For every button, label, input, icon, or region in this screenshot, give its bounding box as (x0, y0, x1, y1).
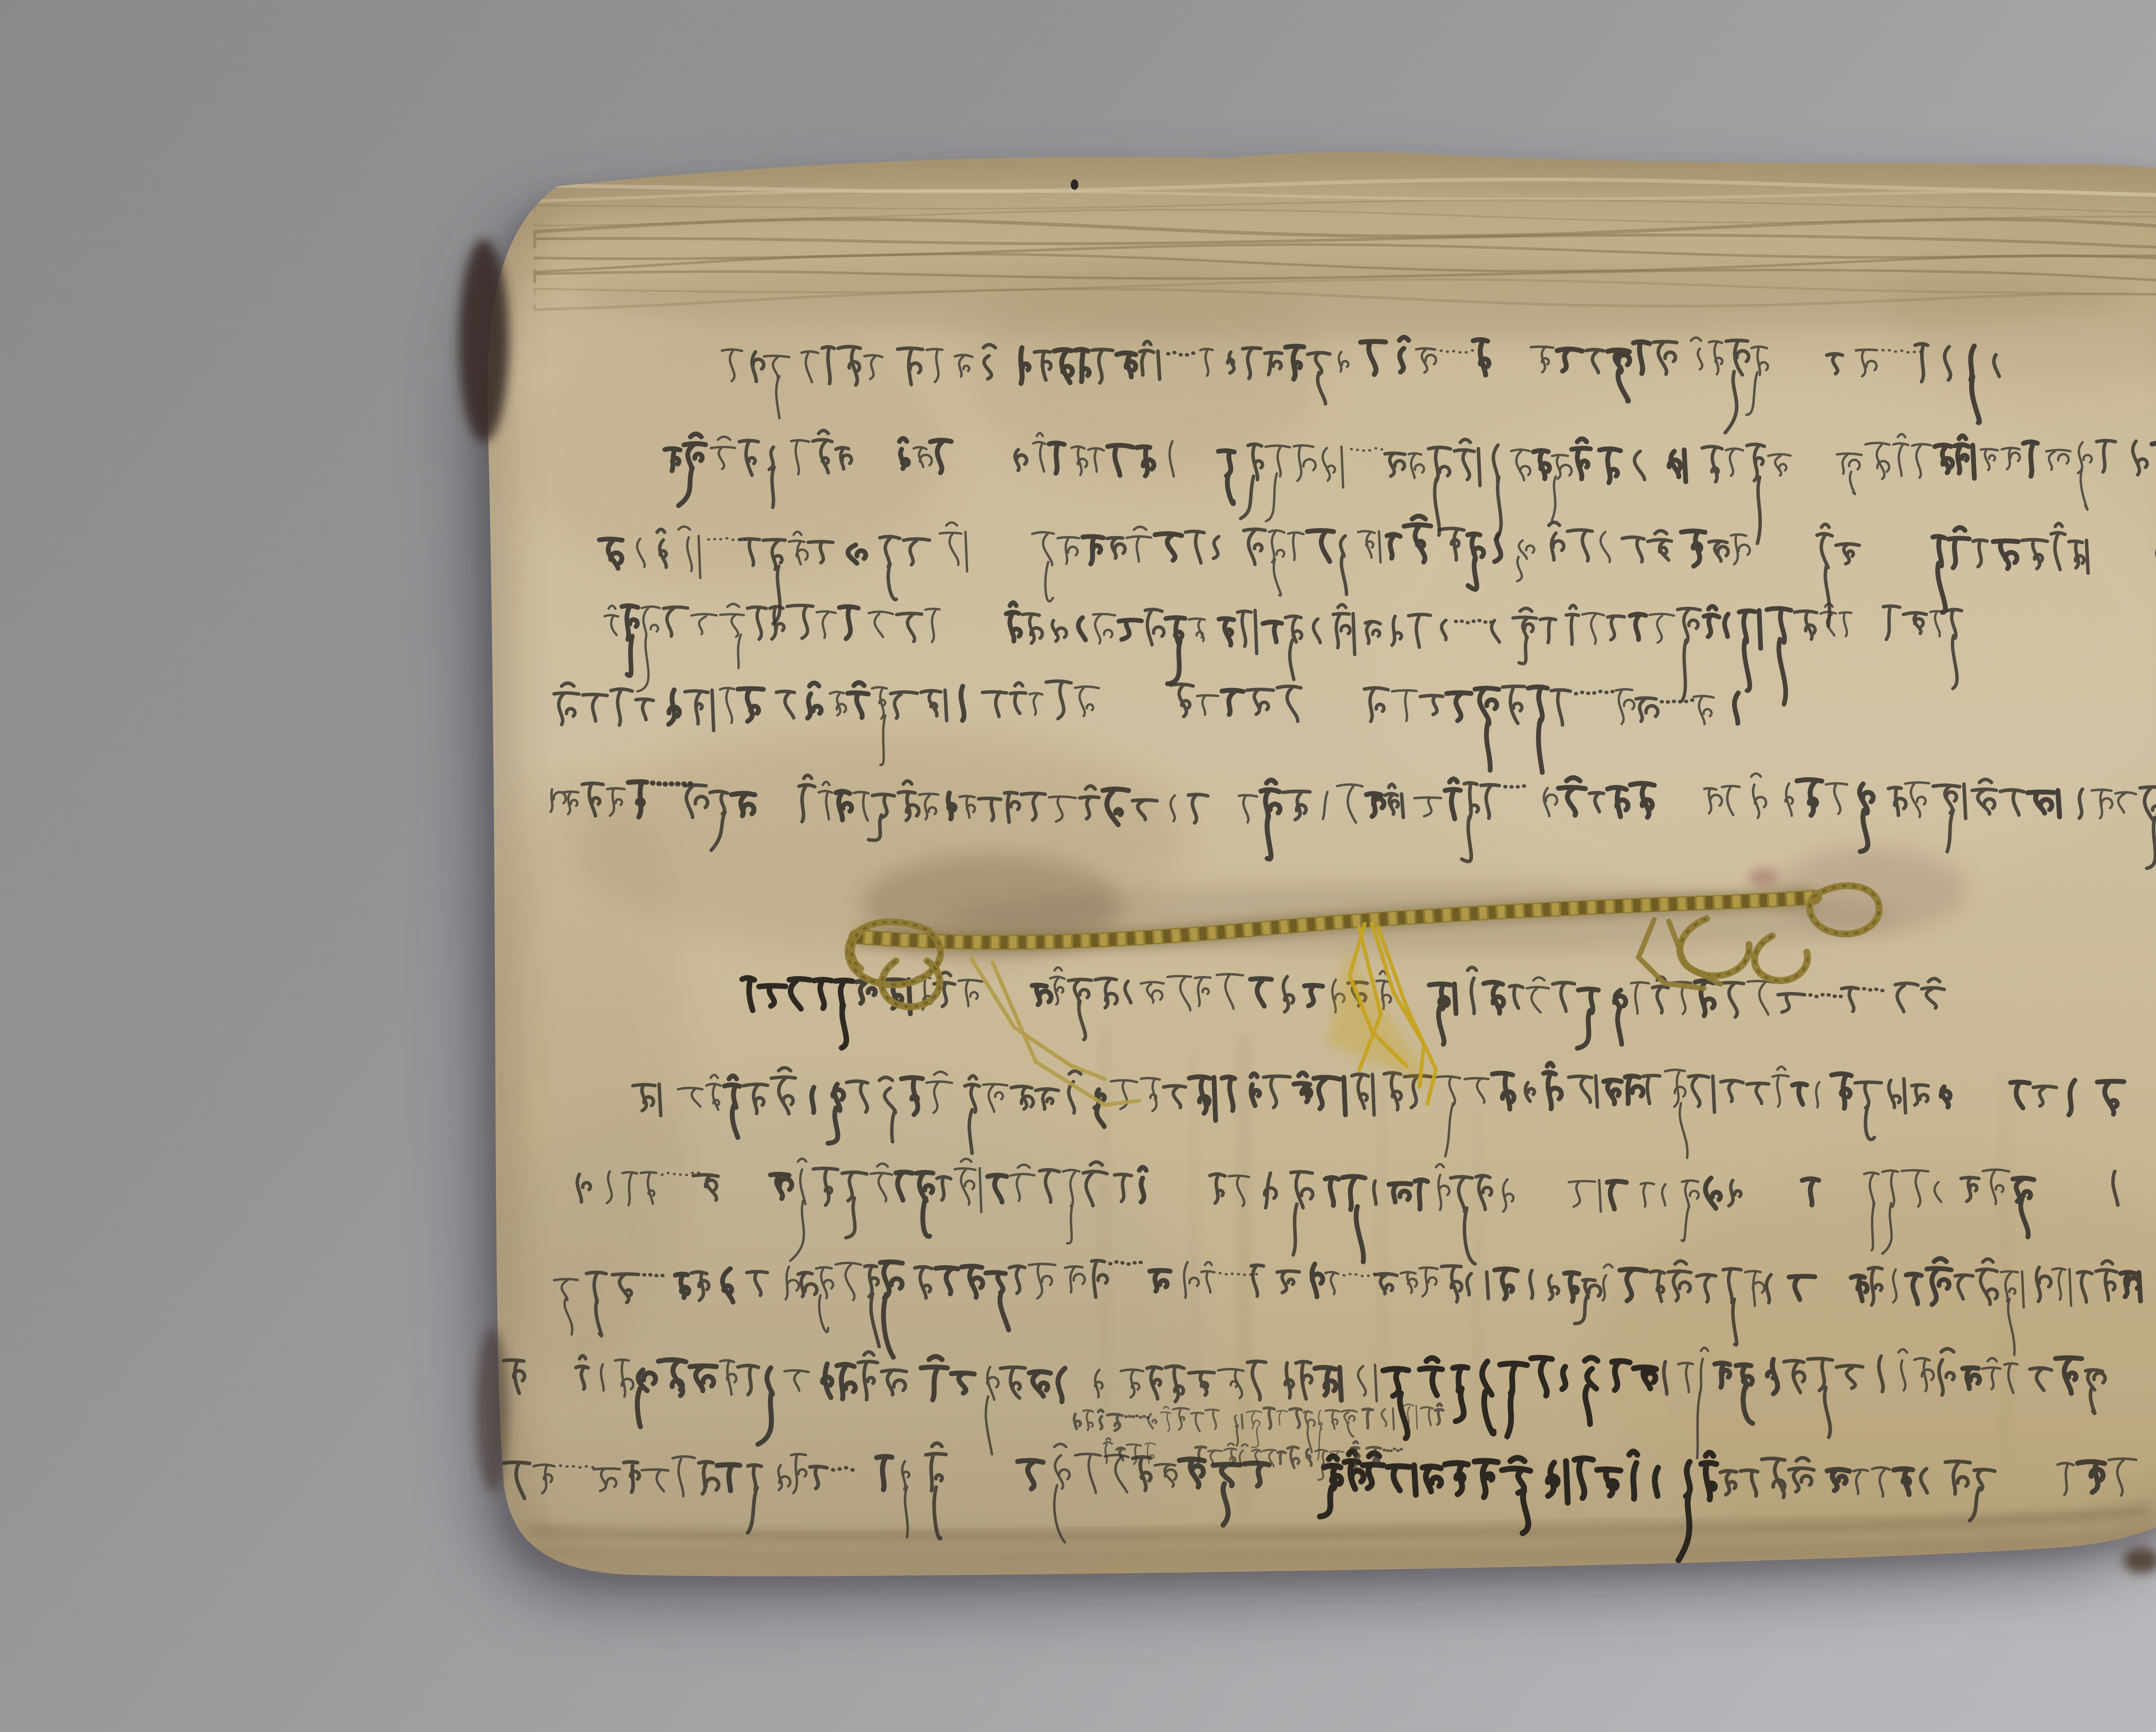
manuscript-canvas (0, 0, 2156, 1732)
paper-grain-texture (474, 142, 2156, 1600)
manuscript-photo (0, 0, 2156, 1732)
